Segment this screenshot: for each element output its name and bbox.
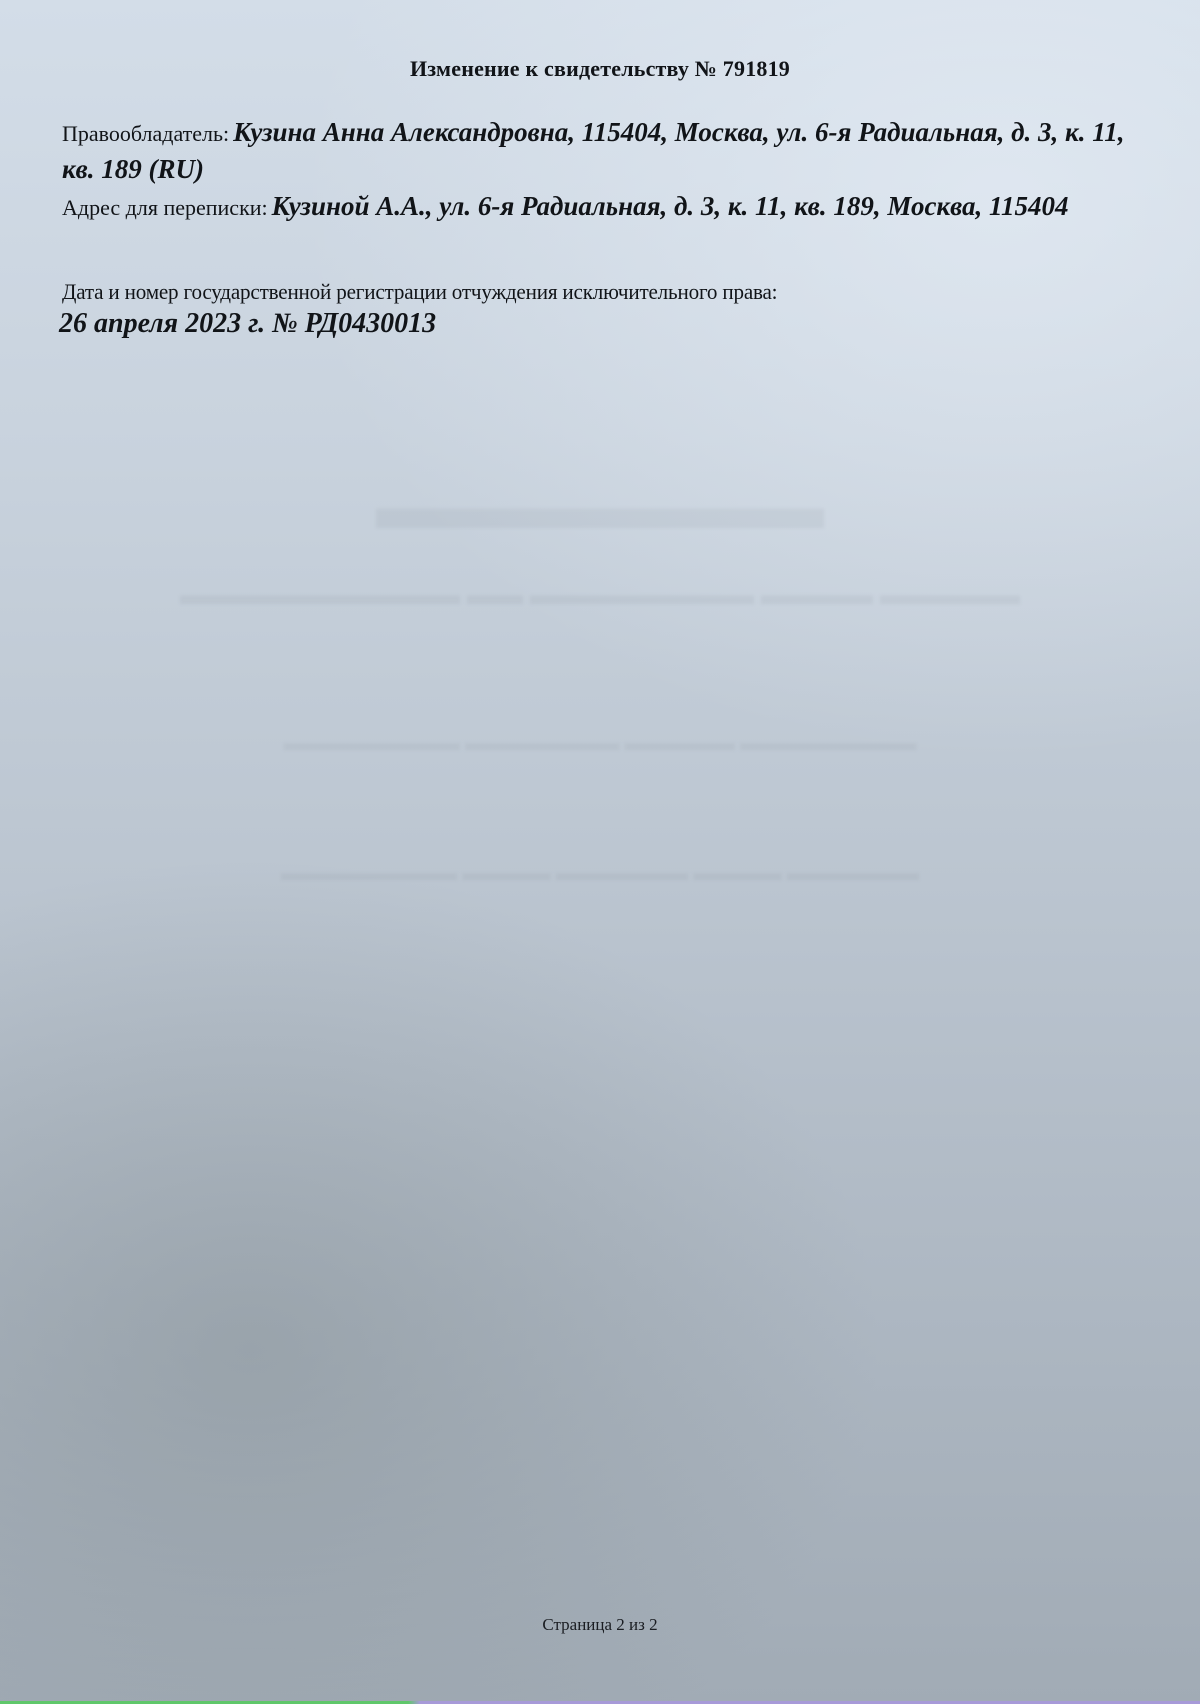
document-title: Изменение к свидетельству № 791819 bbox=[0, 56, 1200, 82]
show-through-text: ▬▬▬▬▬▬ ▬▬▬▬ ▬▬▬▬▬▬ ▬▬▬▬ ▬▬▬▬▬▬▬▬ bbox=[0, 860, 1200, 886]
correspondence-address-section: Адрес для переписки: Кузиной А.А., ул. 6… bbox=[62, 188, 1142, 225]
show-through-text: ▬▬▬▬▬▬▬▬ ▬▬▬▬▬ ▬▬▬▬▬▬▬ ▬▬▬▬▬▬▬▬ bbox=[0, 730, 1200, 756]
correspondence-address-value: Кузиной А.А., ул. 6-я Радиальная, д. 3, … bbox=[272, 191, 1069, 221]
registration-label: Дата и номер государственной регистрации… bbox=[62, 278, 1099, 306]
page-number: Страница 2 из 2 bbox=[0, 1615, 1200, 1635]
correspondence-address-label: Адрес для переписки: bbox=[62, 195, 268, 220]
rights-holder-label: Правообладатель: bbox=[62, 121, 229, 146]
registration-value: 26 апреля 2023 г. № РД0430013 bbox=[59, 306, 1142, 342]
rights-holder-section: Правообладатель: Кузина Анна Александров… bbox=[62, 114, 1142, 188]
registration-section: Дата и номер государственной регистрации… bbox=[62, 278, 1142, 342]
show-through-text: ▬▬▬▬▬ ▬▬▬▬ ▬▬▬▬▬▬▬▬ ▬▬ ▬▬▬▬▬▬▬▬▬▬ bbox=[0, 580, 1200, 612]
show-through-heading: ▬▬▬▬▬▬▬ bbox=[0, 470, 1200, 544]
